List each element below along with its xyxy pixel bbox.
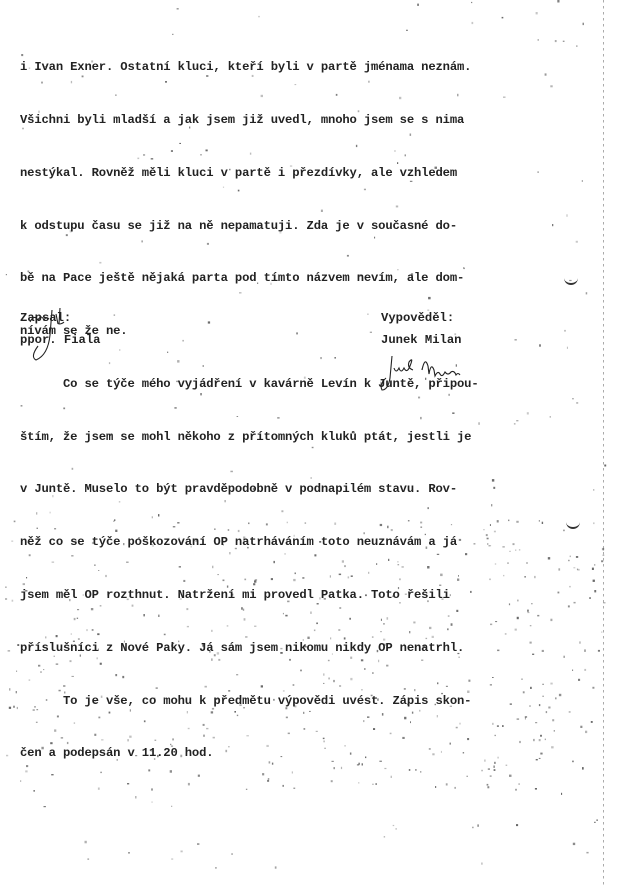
deponent-signature-icon [380, 350, 490, 394]
body-line: čen a podepsán v 11.20 hod. [20, 745, 490, 763]
body-line: štím, že jsem se mohl někoho z přítomnýc… [20, 429, 490, 447]
deponent-label: Vypověděl: [381, 311, 454, 325]
body-line: i Ivan Exner. Ostatní kluci, kteří byli … [20, 59, 490, 77]
statement-body: i Ivan Exner. Ostatní kluci, kteří byli … [20, 24, 490, 798]
document-page: i Ivan Exner. Ostatní kluci, kteří byli … [0, 0, 622, 886]
punch-hole-mark [564, 276, 578, 285]
deponent-name: Junek Milan [381, 333, 461, 347]
body-line: příslušníci z Nové Paky. Já sám jsem nik… [20, 640, 490, 658]
recorder-signature-icon [22, 300, 82, 370]
page-edge-perforation [603, 0, 604, 886]
body-line: v Juntě. Muselo to být pravděpodobně v p… [20, 481, 490, 499]
body-line: jsem měl OP rozthnut. Natržení mi proved… [20, 587, 490, 605]
body-line: nestýkal. Rovněž měli kluci v partě i př… [20, 165, 490, 183]
body-line: bě na Pace ještě nějaká parta pod tímto … [20, 270, 490, 288]
body-line: To je vše, co mohu k předmětu výpovědi u… [20, 693, 490, 711]
body-line: něž co se týče poškozování OP natrhávání… [20, 534, 490, 552]
body-line: Všichni byli mladší a jak jsem již uvedl… [20, 112, 490, 130]
body-line: k odstupu času se již na ně nepamatuji. … [20, 218, 490, 236]
punch-hole-mark [566, 520, 580, 529]
